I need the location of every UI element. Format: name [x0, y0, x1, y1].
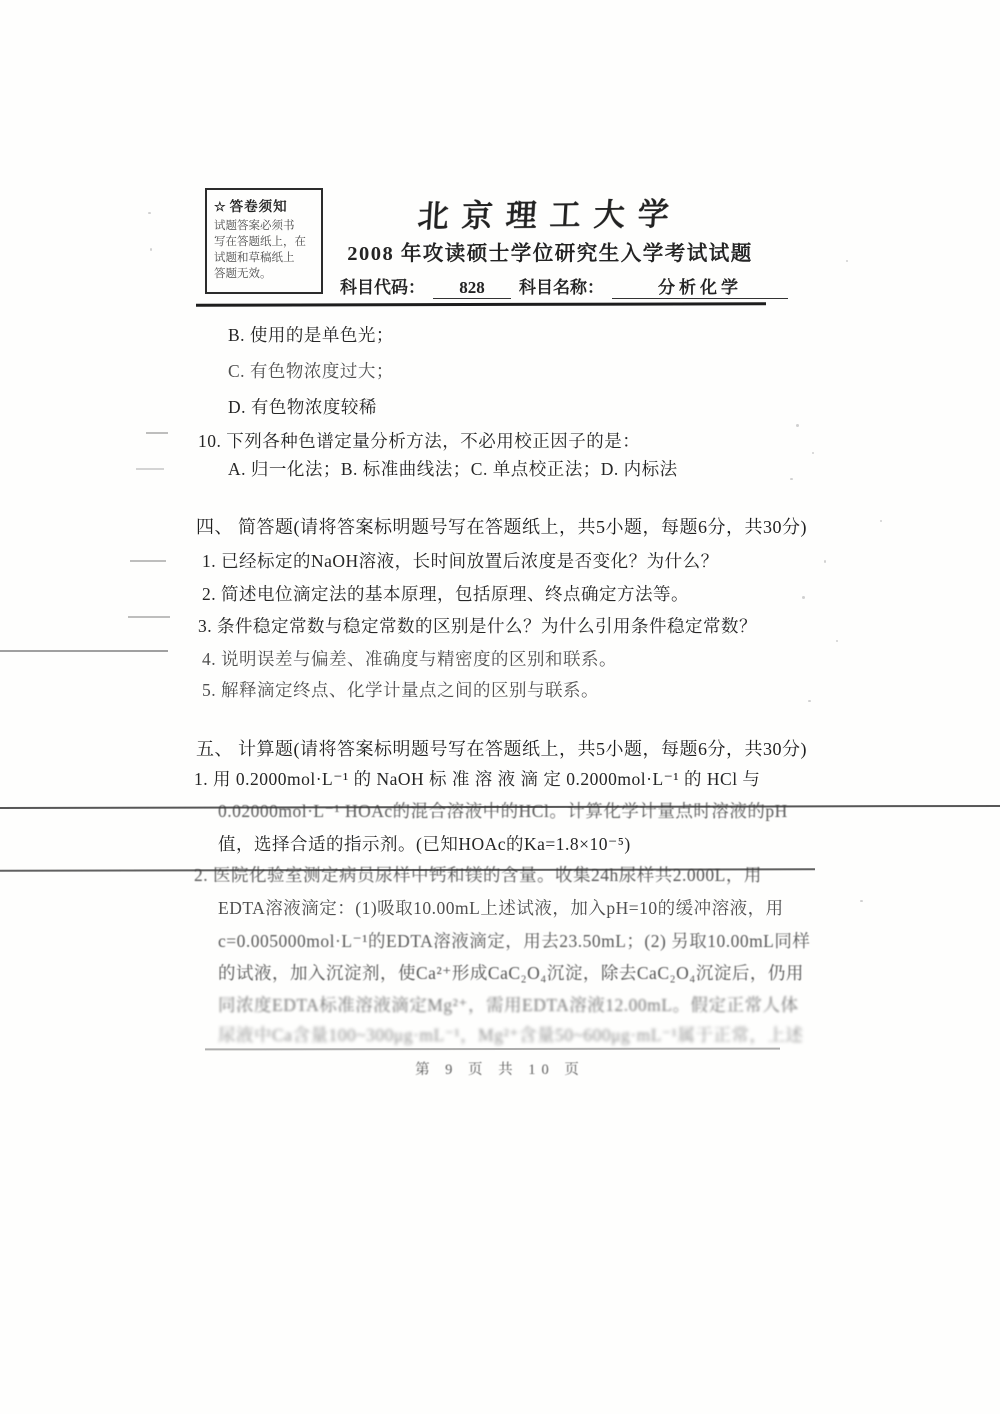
subject-code-label: 科目代码：: [340, 278, 425, 297]
scan-noise-dot: [790, 478, 793, 480]
calc-q2-line: 尿液中Ca含量100~300μg·mL⁻¹，Mg²⁺含量50~600μg·mL⁻…: [218, 1022, 803, 1047]
scan-noise-dot: [796, 424, 799, 427]
subject-line: 科目代码：828科目名称：分析化学: [340, 273, 788, 299]
calc-q1-line: 1. 用 0.2000mol·L⁻¹ 的 NaOH 标 准 溶 液 滴 定 0.…: [194, 766, 760, 791]
calc-q2-line: 的试液，加入沉淀剂，使Ca²⁺形成CaC₂O₄沉淀，除去CaC₂O₄沉淀后，仍用: [218, 960, 804, 985]
short-answer-item: 5. 解释滴定终点、化学计量点之间的区别与联系。: [202, 677, 599, 702]
exam-page-scan: ☆答卷须知 试题答案必须书 写在答题纸上，在 试题和草稿纸上 答题无效。 北京理…: [0, 0, 1000, 1414]
notice-line: 写在答题纸上，在: [214, 234, 315, 250]
short-answer-item: 4. 说明误差与偏差、准确度与精密度的区别和联系。: [202, 646, 617, 671]
notice-title-text: 答卷须知: [230, 199, 288, 214]
scan-mark: [128, 616, 170, 618]
page-footer: 第 9 页 共 10 页: [0, 1058, 1000, 1079]
subject-code-value: 828: [433, 278, 511, 299]
calc-q1-line: 值，选择合适的指示剂。(已知HOAc的Ka=1.8×10⁻⁵): [218, 831, 631, 856]
scan-noise-dot: [880, 520, 882, 522]
calc-q2-line: 2. 医院化验室测定病员尿样中钙和镁的含量。收集24h尿样共2.000L，用: [194, 862, 762, 887]
star-icon: ☆: [214, 199, 227, 214]
subject-name-value: 分析化学: [612, 273, 788, 299]
option-d: D. 有色物浓度较稀: [228, 394, 377, 419]
scan-noise-dot: [824, 560, 826, 563]
scan-margin-line: [0, 650, 168, 652]
scan-mark: [130, 560, 166, 562]
question-10-options: A. 归一化法；B. 标准曲线法；C. 单点校正法；D. 内标法: [228, 456, 678, 481]
scan-noise-dot: [808, 700, 811, 702]
scan-noise-dot: [846, 260, 848, 262]
notice-line: 试题答案必须书: [214, 218, 315, 234]
scan-mark: [136, 468, 164, 470]
calc-q2-line: c=0.005000mol·L⁻¹的EDTA溶液滴定，用去23.50mL；(2)…: [218, 928, 810, 953]
calc-q2-line: EDTA溶液滴定：(1)吸取10.00mL上述试液，加入pH=10的缓冲溶液，用: [218, 895, 784, 920]
short-answer-item: 3. 条件稳定常数与稳定常数的区别是什么？为什么引用条件稳定常数？: [198, 613, 757, 638]
option-b: B. 使用的是单色光；: [228, 322, 394, 347]
section-short-answer-title: 四、 简答题(请将答案标明题号写在答题纸上，共5小题，每题6分，共30分): [196, 513, 807, 539]
notice-box: ☆答卷须知 试题答案必须书 写在答题纸上，在 试题和草稿纸上 答题无效。: [205, 188, 323, 294]
exam-title: 2008 年攻读硕士学位研究生入学考试试题: [330, 236, 770, 266]
notice-box-title: ☆答卷须知: [214, 195, 315, 215]
scan-noise-dot: [150, 248, 152, 251]
scan-noise-dot: [860, 900, 863, 902]
notice-line: 答题无效。: [214, 266, 315, 282]
scan-noise-dot: [812, 452, 814, 454]
short-answer-item: 2. 简述电位滴定法的基本原理，包括原理、终点确定方法等。: [202, 581, 689, 606]
header-divider: [196, 302, 766, 306]
section-calculation-title: 五、 计算题(请将答案标明题号写在答题纸上，共5小题，每题6分，共30分): [196, 735, 807, 761]
scan-mark: [146, 432, 168, 434]
short-answer-item: 1. 已经标定的NaOH溶液，长时间放置后浓度是否变化？为什么？: [202, 548, 719, 573]
calc-q2-line: 同浓度EDTA标准溶液滴定Mg²⁺，需用EDTA溶液12.00mL。假定正常人体: [218, 992, 798, 1017]
scan-noise-dot: [802, 596, 805, 599]
calc-q1-line: 0.02000mol·L⁻¹ HOAc的混合溶液中的HCl。计算化学计量点时溶液…: [218, 798, 788, 823]
question-10: 10. 下列各种色谱定量分析方法，不必用校正因子的是：: [198, 428, 640, 453]
scan-noise-dot: [836, 640, 838, 642]
notice-line: 试题和草稿纸上: [214, 250, 315, 266]
university-title: 北京理工大学: [339, 188, 762, 237]
subject-name-label: 科目名称：: [519, 278, 604, 297]
scan-faint-rule: [205, 1048, 780, 1050]
option-c: C. 有色物浓度过大；: [228, 358, 394, 383]
scan-noise-dot: [148, 212, 151, 214]
